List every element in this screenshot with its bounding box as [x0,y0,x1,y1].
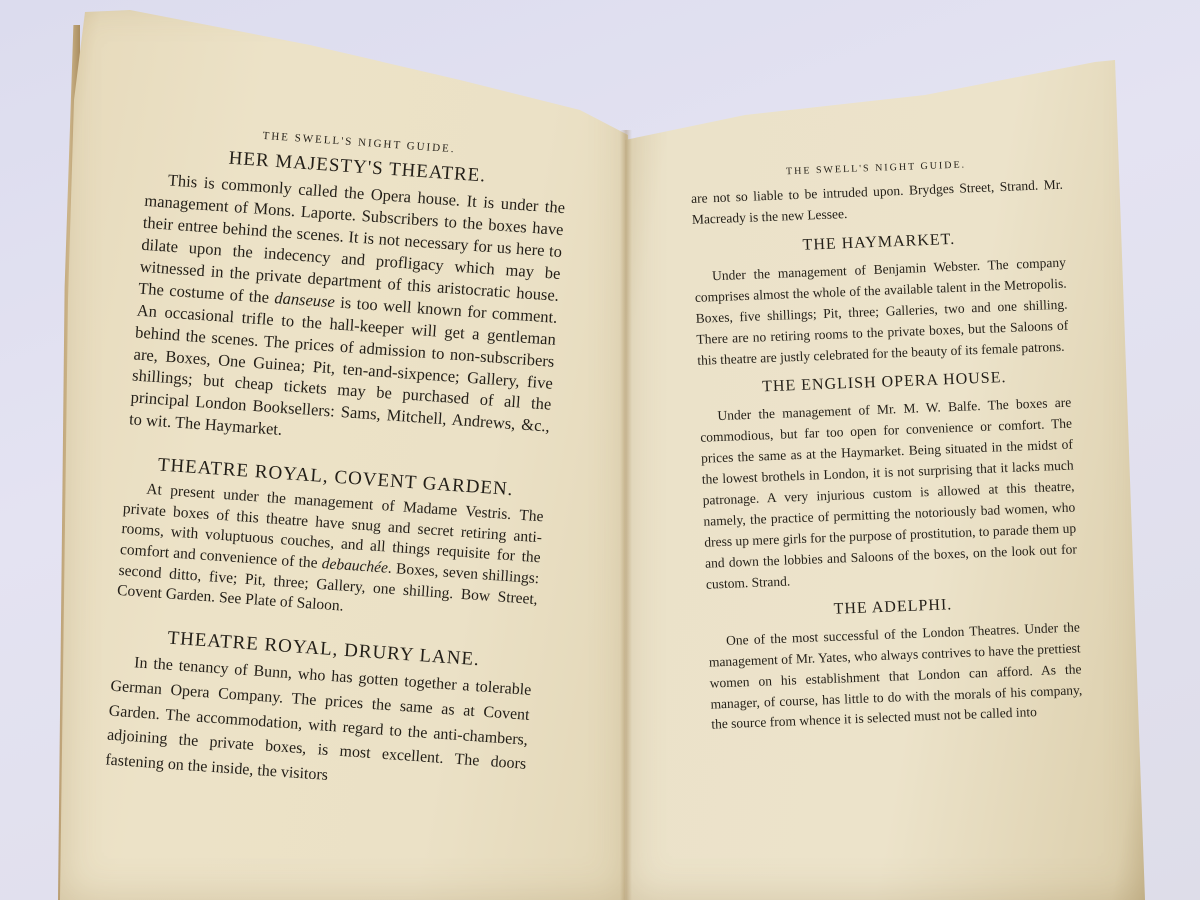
section-adelphi: THE ADELPHI. One of the most successful … [707,591,1084,736]
section-her-majestys-theatre: HER MAJESTY'S THEATRE. This is commonly … [128,142,567,460]
section-covent-garden: THEATRE ROYAL, COVENT GARDEN. At present… [116,452,545,631]
continuation-text: are not so liable to be intruded upon. B… [691,175,1064,231]
section-body: One of the most successful of the London… [708,617,1084,736]
section-body: This is commonly called the Opera house.… [128,168,565,460]
right-page-text: THE SWELL'S NIGHT GUIDE. are not so liab… [690,156,1084,742]
left-page-text: THE SWELL'S NIGHT GUIDE. HER MAJESTY'S T… [103,122,569,825]
open-book: THE SWELL'S NIGHT GUIDE. HER MAJESTY'S T… [0,0,1200,900]
section-body: Under the management of Mr. M. W. Balfe.… [699,393,1078,595]
section-body: In the tenancy of Bunn, who has gotten t… [104,650,532,803]
book-gutter [620,130,632,900]
section-body: At present under the management of Madam… [116,478,544,631]
section-drury-lane: THEATRE ROYAL, DRURY LANE. In the tenanc… [104,624,533,803]
section-english-opera-house: THE ENGLISH OPERA HOUSE. Under the manag… [698,367,1078,595]
section-haymarket: THE HAYMARKET. Under the management of B… [693,227,1070,372]
section-body: Under the management of Benjamin Webster… [694,252,1070,371]
